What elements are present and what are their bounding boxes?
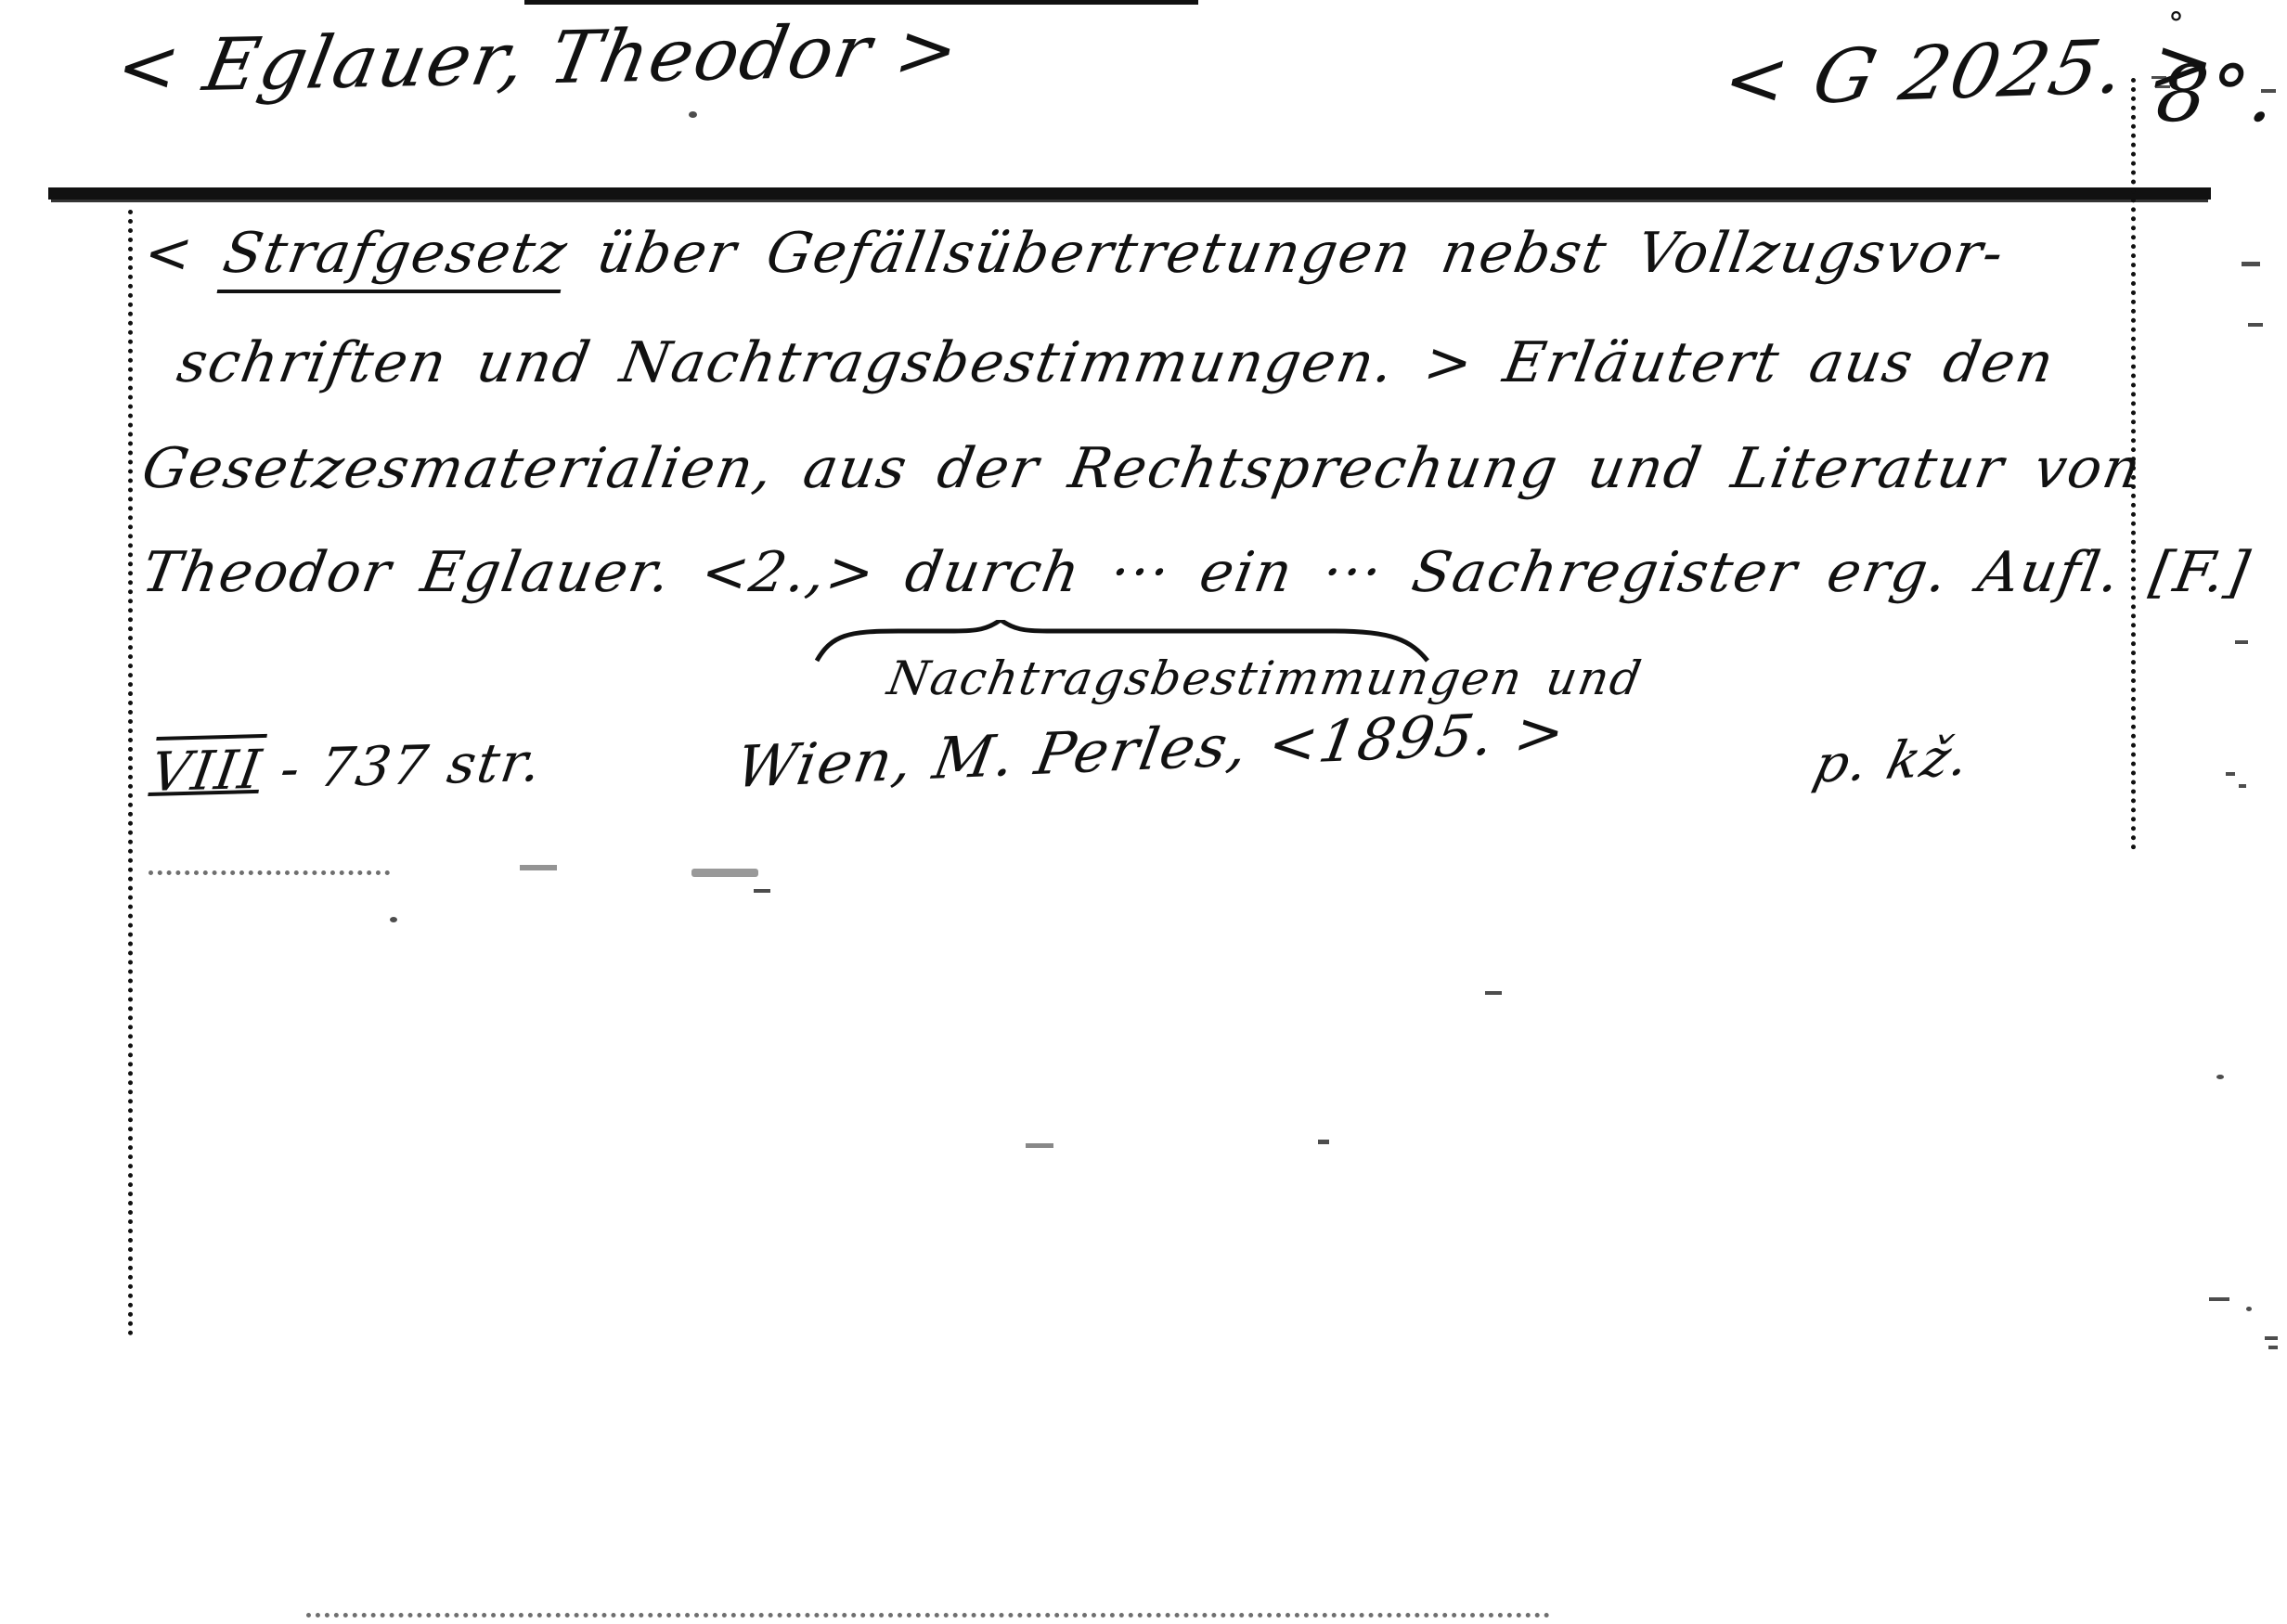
collation-rest: - 737 str. bbox=[257, 730, 547, 801]
ink-speck bbox=[2216, 1075, 2224, 1079]
ink-speck bbox=[1026, 1143, 1053, 1148]
ink-speck bbox=[2209, 1297, 2229, 1301]
author-heading: < Eglauer, Theodor > bbox=[110, 8, 967, 110]
ink-speck bbox=[689, 111, 697, 118]
insertion-text: Nachtragsbestimmungen und bbox=[884, 651, 1647, 705]
title-keyword: Strafgesetz bbox=[217, 221, 574, 293]
shelfmark: < G 2025. > bbox=[1715, 20, 2225, 123]
ink-speck bbox=[390, 917, 397, 922]
ink-speck bbox=[2235, 640, 2248, 644]
format-notation: 8°. bbox=[2151, 48, 2283, 139]
ink-speck bbox=[2226, 772, 2235, 776]
ink-speck bbox=[149, 870, 390, 875]
ink-speck bbox=[2268, 1346, 2278, 1349]
title-line-3: Gesetzesmaterialien, aus der Rechtsprech… bbox=[137, 436, 2147, 501]
ink-speck bbox=[1485, 991, 1502, 995]
ink-speck bbox=[2151, 76, 2166, 79]
edition-statement-line: Theodor Eglauer. <2.,> durch ··· ein ···… bbox=[137, 540, 2255, 605]
title-line-1: < Strafgesetz über Gefällsübertretungen … bbox=[139, 221, 2009, 286]
title-line-1-rest: über Gefällsübertretungen nebst Vollzugs… bbox=[562, 221, 2009, 286]
title-line-2: schriften und Nachtragsbestimmungen. > E… bbox=[173, 330, 2060, 395]
left-margin-dotted-line bbox=[128, 210, 133, 1336]
collation-roman-pages: VIII bbox=[147, 738, 266, 804]
bottom-smudge bbox=[306, 1613, 1550, 1618]
insertion-bracket-open: < bbox=[139, 221, 230, 286]
imprint-line: Wien, M. Perles, <1895. > bbox=[731, 697, 1571, 801]
ink-speck bbox=[2239, 784, 2246, 788]
ink-speck bbox=[1318, 1140, 1329, 1144]
ink-speck bbox=[2261, 89, 2276, 93]
ink-speck bbox=[2242, 262, 2260, 266]
ink-speck bbox=[2246, 1307, 2252, 1311]
ink-speck bbox=[2155, 85, 2170, 88]
ink-speck bbox=[691, 869, 758, 877]
catalog-card: < Eglauer, Theodor > < G 2025. > ° 8°. <… bbox=[0, 0, 2287, 1624]
ink-speck bbox=[754, 889, 770, 893]
header-rule bbox=[48, 187, 2211, 200]
ink-speck bbox=[2248, 323, 2263, 327]
ink-speck bbox=[520, 865, 557, 870]
collation: VIII - 737 str. bbox=[147, 730, 547, 804]
format-degree-mark: ° bbox=[2168, 6, 2184, 43]
ink-speck bbox=[2265, 1336, 2278, 1340]
top-edge-line bbox=[524, 0, 1198, 5]
cataloger-annotation: p. kž. bbox=[1808, 727, 1977, 795]
